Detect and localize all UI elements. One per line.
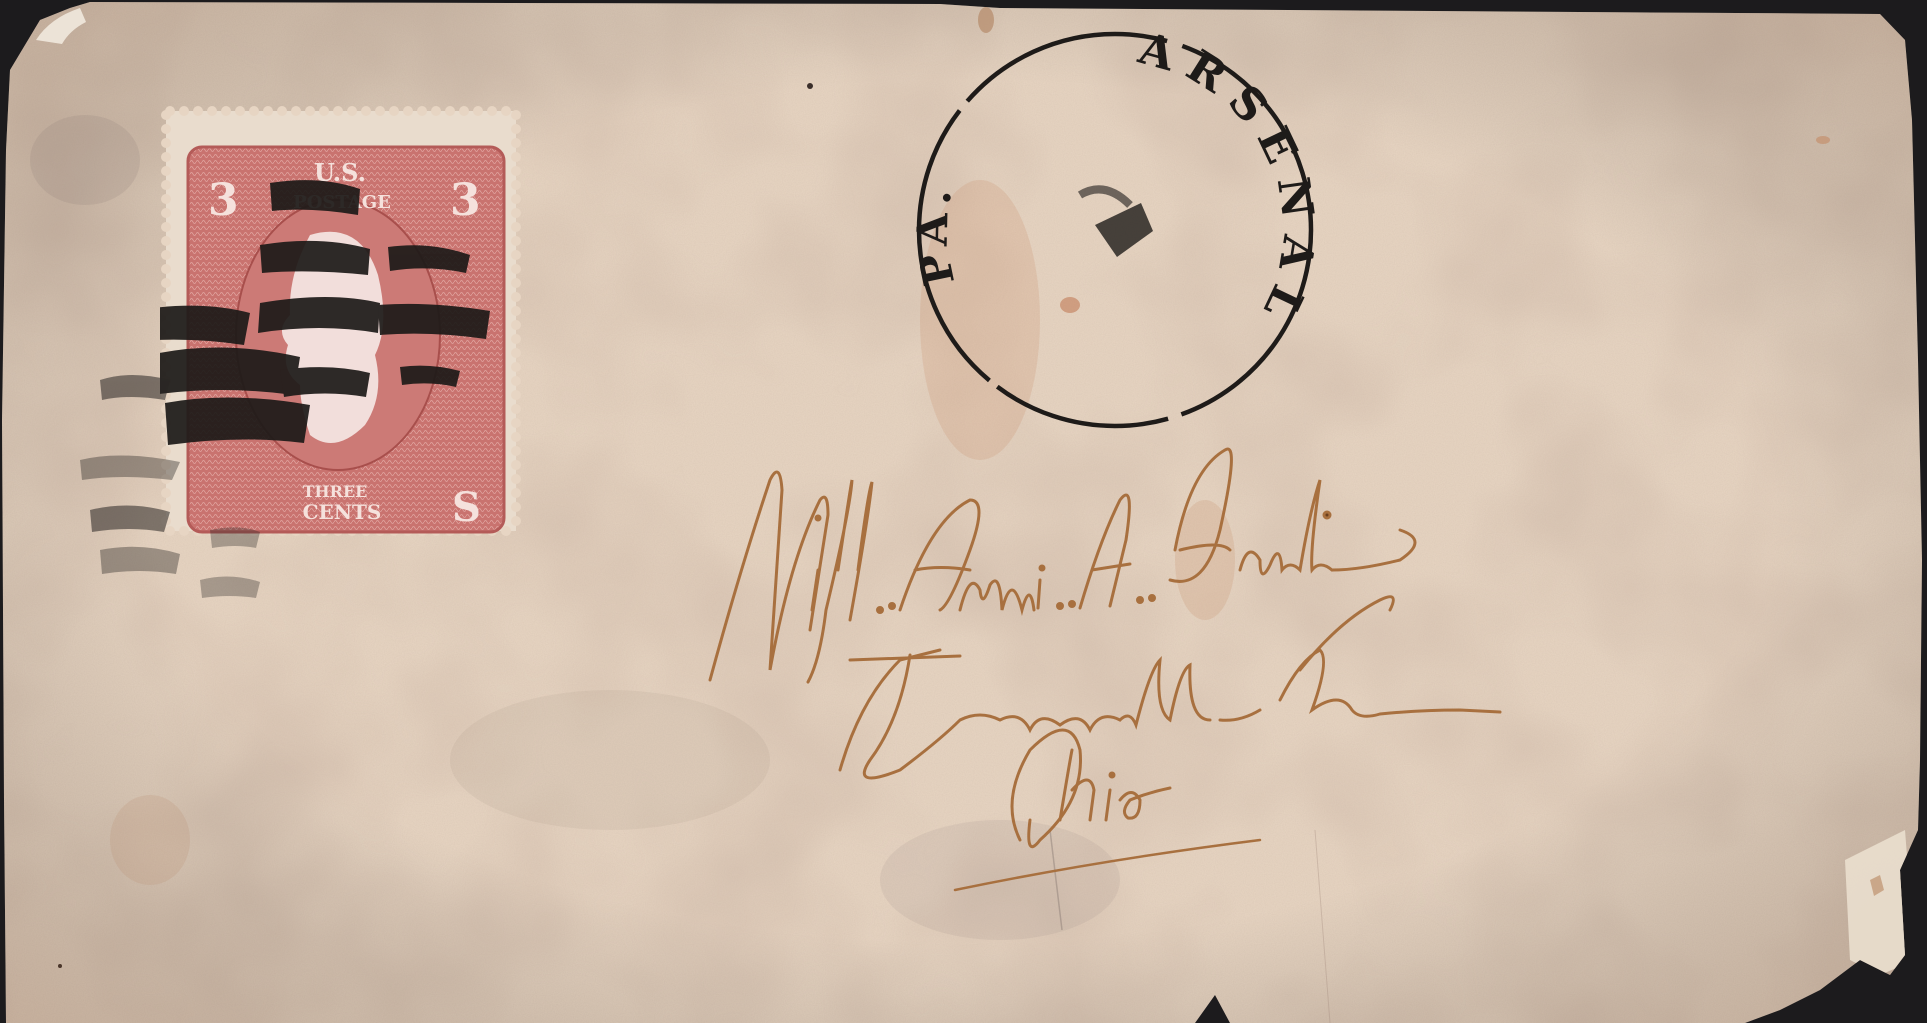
postmark-date-smudge [1095,203,1153,257]
envelope-scene: U.S. POSTAGE 3 3 THREE CENTS S [0,0,1927,1023]
stamp-denomination-left: 3 [208,175,239,226]
address-line-1 [710,449,1415,682]
stamp-three-label: THREE [303,482,368,501]
cancellation-smudge [60,350,280,630]
address-line-3 [955,730,1260,890]
postmark: ARSENAL PA. [905,25,1325,435]
stamp-cents-label: CENTS [303,500,382,524]
postmark-town: ARSENAL [1133,25,1325,339]
handwritten-address [700,420,1927,920]
address-line-2 [840,597,1500,778]
stamp-corner-s: S [452,484,481,531]
stamp-denomination-right: 3 [450,175,481,226]
postmark-state: PA. [908,175,964,290]
